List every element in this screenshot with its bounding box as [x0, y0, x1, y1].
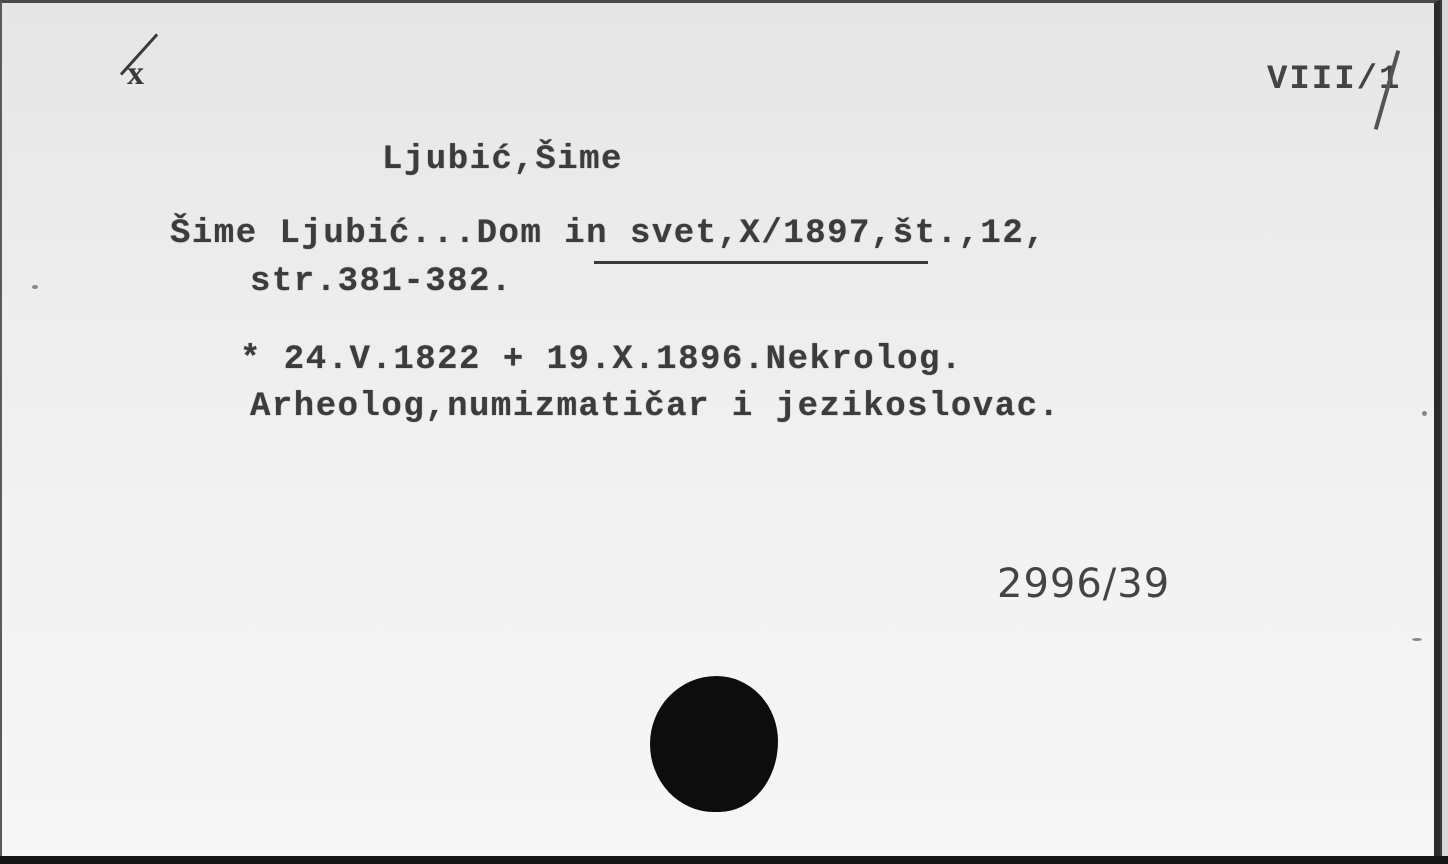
card-right-edge: [1440, 0, 1448, 864]
classmark: VIII/1: [1267, 61, 1401, 99]
paper-speck: [1412, 638, 1422, 641]
life-dates-line: * 24.V.1822 + 19.X.1896.Nekrolog.: [240, 341, 963, 379]
card-heading-name: Ljubić,Šime: [382, 141, 623, 179]
accession-number: 2996/39: [997, 561, 1170, 607]
citation-line-2: str.381-382.: [250, 263, 513, 301]
citation-line-1: Šime Ljubić...Dom in svet,X/1897,št.,12,: [170, 215, 1046, 253]
check-mark-x: x: [127, 55, 144, 93]
paper-speck: [32, 285, 38, 289]
card-bottom-edge: [0, 856, 1448, 864]
paper-speck: [1422, 411, 1427, 416]
title-underline: [594, 261, 928, 264]
catalog-card: x VIII/1 Ljubić,Šime Šime Ljubić...Dom i…: [0, 0, 1440, 858]
description-line: Arheolog,numizmatičar i jezikoslovac.: [250, 388, 1060, 426]
punch-hole: [650, 676, 778, 812]
